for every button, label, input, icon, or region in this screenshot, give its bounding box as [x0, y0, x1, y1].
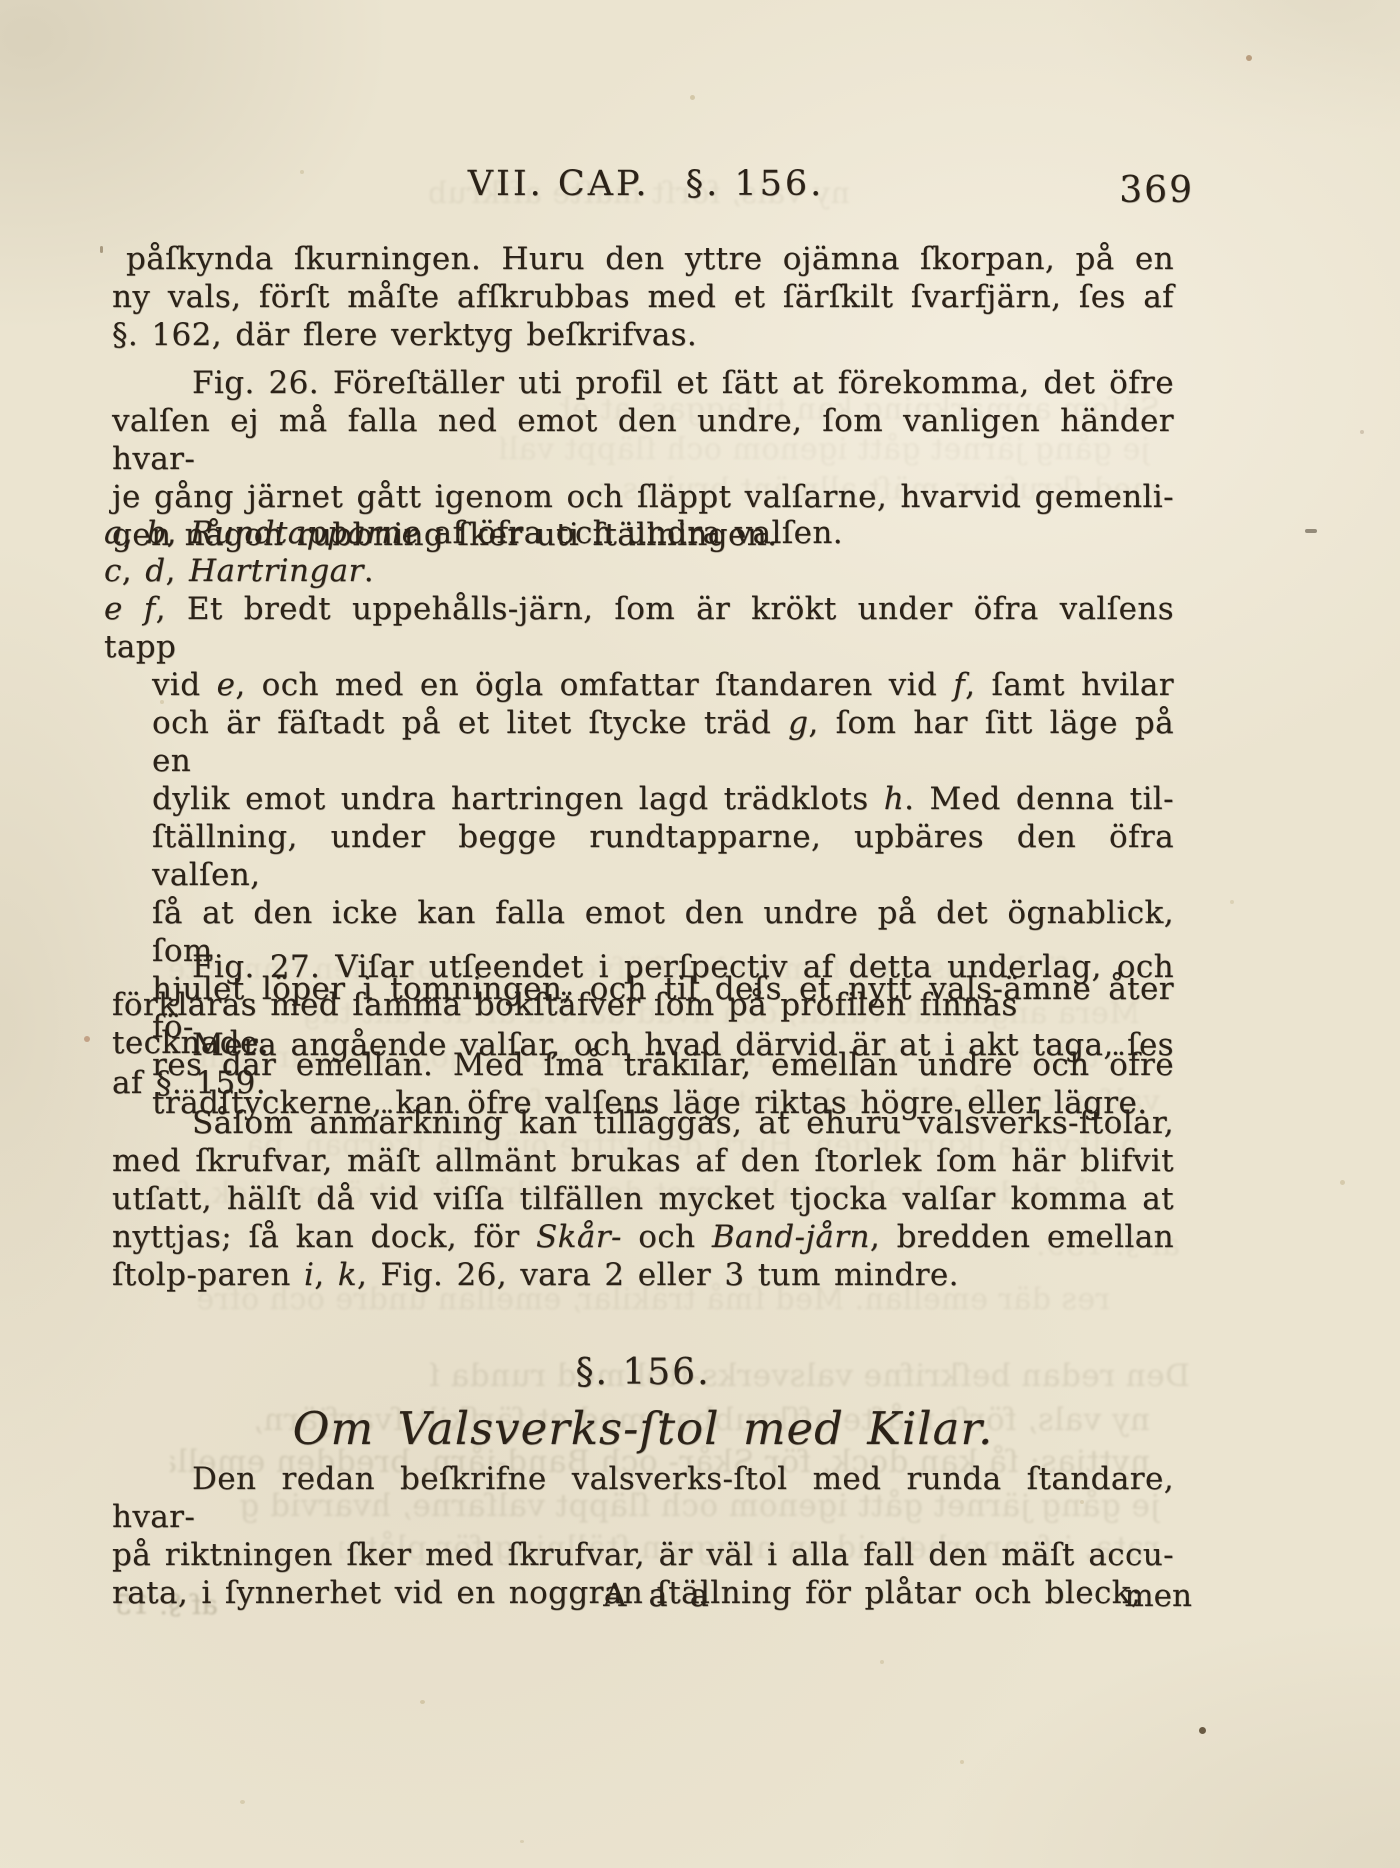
- text-line: ſtällning, under begge rundtapparne, upb…: [152, 818, 1174, 894]
- text-line: och är fäſtadt på et litet ſtycke träd g…: [152, 704, 1174, 780]
- paragraph-la: a, b, Rundtapparne af öfra och undra val…: [112, 514, 1174, 552]
- signature-mark: A a a: [596, 1576, 716, 1614]
- text-line: Såſom anmärkning kan tilläggas, at ehuru…: [112, 1104, 1174, 1142]
- text-line: §. 162, där flere verktyg beſkrifvas.: [112, 316, 1174, 354]
- text-line: Fig. 27. Viſar utſeendet i perſpectiv af…: [112, 948, 1174, 986]
- text-line: a, b, Rundtapparne af öfra och undra val…: [104, 514, 1174, 552]
- text-line: af §. 159.: [112, 1064, 1174, 1102]
- text-line: valſen ej må falla ned emot den undre, ſ…: [112, 402, 1174, 478]
- text-line: Mera angående valſar, och hvad därvid är…: [112, 1026, 1174, 1064]
- section-title: Om Valsverks-ſtol med Kilar.: [112, 1402, 1174, 1455]
- paragraph-p6: Såſom anmärkning kan tilläggas, at ehuru…: [112, 1104, 1174, 1294]
- text-line: ſtolp-paren i, k, Fig. 26, vara 2 eller …: [112, 1256, 1174, 1294]
- text-line: c, d, Hartringar.: [104, 552, 1174, 590]
- text-line: e f, Et bredt uppehålls-järn, ſom är krö…: [104, 590, 1174, 666]
- text-line: Fig. 26. Föreſtäller uti profil et ſätt …: [112, 364, 1174, 402]
- paragraph-p5: Mera angående valſar, och hvad därvid är…: [112, 1026, 1174, 1102]
- paragraph-lc: c, d, Hartringar.: [112, 552, 1174, 590]
- text-line: Den redan beſkrifne valsverks-ſtol med r…: [112, 1460, 1174, 1536]
- text-line: påſkynda ſkurningen. Huru den yttre ojäm…: [112, 240, 1174, 278]
- book-page: ny vals, förſt måſte afſkrubbas med et ſ…: [0, 0, 1400, 1868]
- text-line: je gång järnet gått igenom och ſläppt va…: [112, 478, 1174, 516]
- text-line: nyttjas; ſå kan dock, för Skår- och Band…: [112, 1218, 1174, 1256]
- section-heading: §. 156.: [112, 1352, 1174, 1393]
- printed-text-layer: VII. CAP.§. 156. 369 påſkynda ſkurningen…: [0, 0, 1400, 1868]
- text-line: ny vals, förſt måſte afſkrubbas med et ſ…: [112, 278, 1174, 316]
- text-line: dylik emot undra hartringen lagd trädklo…: [152, 780, 1174, 818]
- paragraph-p1: påſkynda ſkurningen. Huru den yttre ojäm…: [112, 240, 1174, 354]
- text-line: på riktningen ſker med ſkrufvar, är väl …: [112, 1536, 1174, 1574]
- text-line: med ſkrufvar, mäſt allmänt brukas af den…: [112, 1142, 1174, 1180]
- text-line: vid e, och med en ögla omfattar ſtandare…: [152, 666, 1174, 704]
- catchword: men: [1124, 1578, 1192, 1614]
- text-line: utſatt, hälſt då vid viſſa tilfällen myc…: [112, 1180, 1174, 1218]
